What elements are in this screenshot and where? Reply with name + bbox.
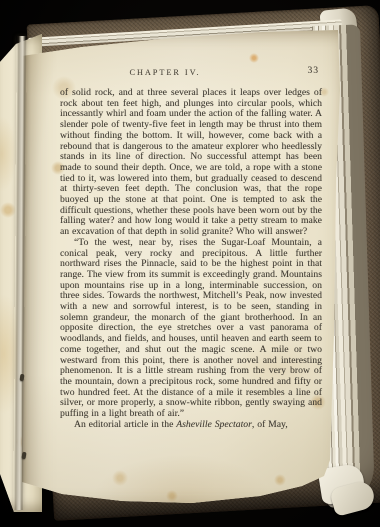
paragraph: of solid rock, and at three several plac… — [60, 88, 322, 238]
chapter-title: CHAPTER IV. — [60, 68, 270, 77]
paragraph-text: An editorial article in the — [74, 419, 176, 430]
body-text: of solid rock, and at three several plac… — [60, 88, 322, 431]
running-header: CHAPTER IV. 33 — [60, 66, 322, 79]
paragraph: “To the west, near by, rises the Sugar-L… — [60, 238, 322, 420]
paragraph: An editorial article in the Asheville Sp… — [60, 420, 322, 431]
page-content: CHAPTER IV. 33 of solid rock, and at thr… — [60, 66, 322, 431]
book-photo: CHAPTER IV. 33 of solid rock, and at thr… — [0, 0, 380, 527]
publication-name: Asheville Spectator — [176, 419, 252, 430]
book-page: CHAPTER IV. 33 of solid rock, and at thr… — [22, 30, 340, 508]
paragraph-text: , of May, — [252, 419, 288, 430]
page-number: 33 — [308, 66, 320, 76]
